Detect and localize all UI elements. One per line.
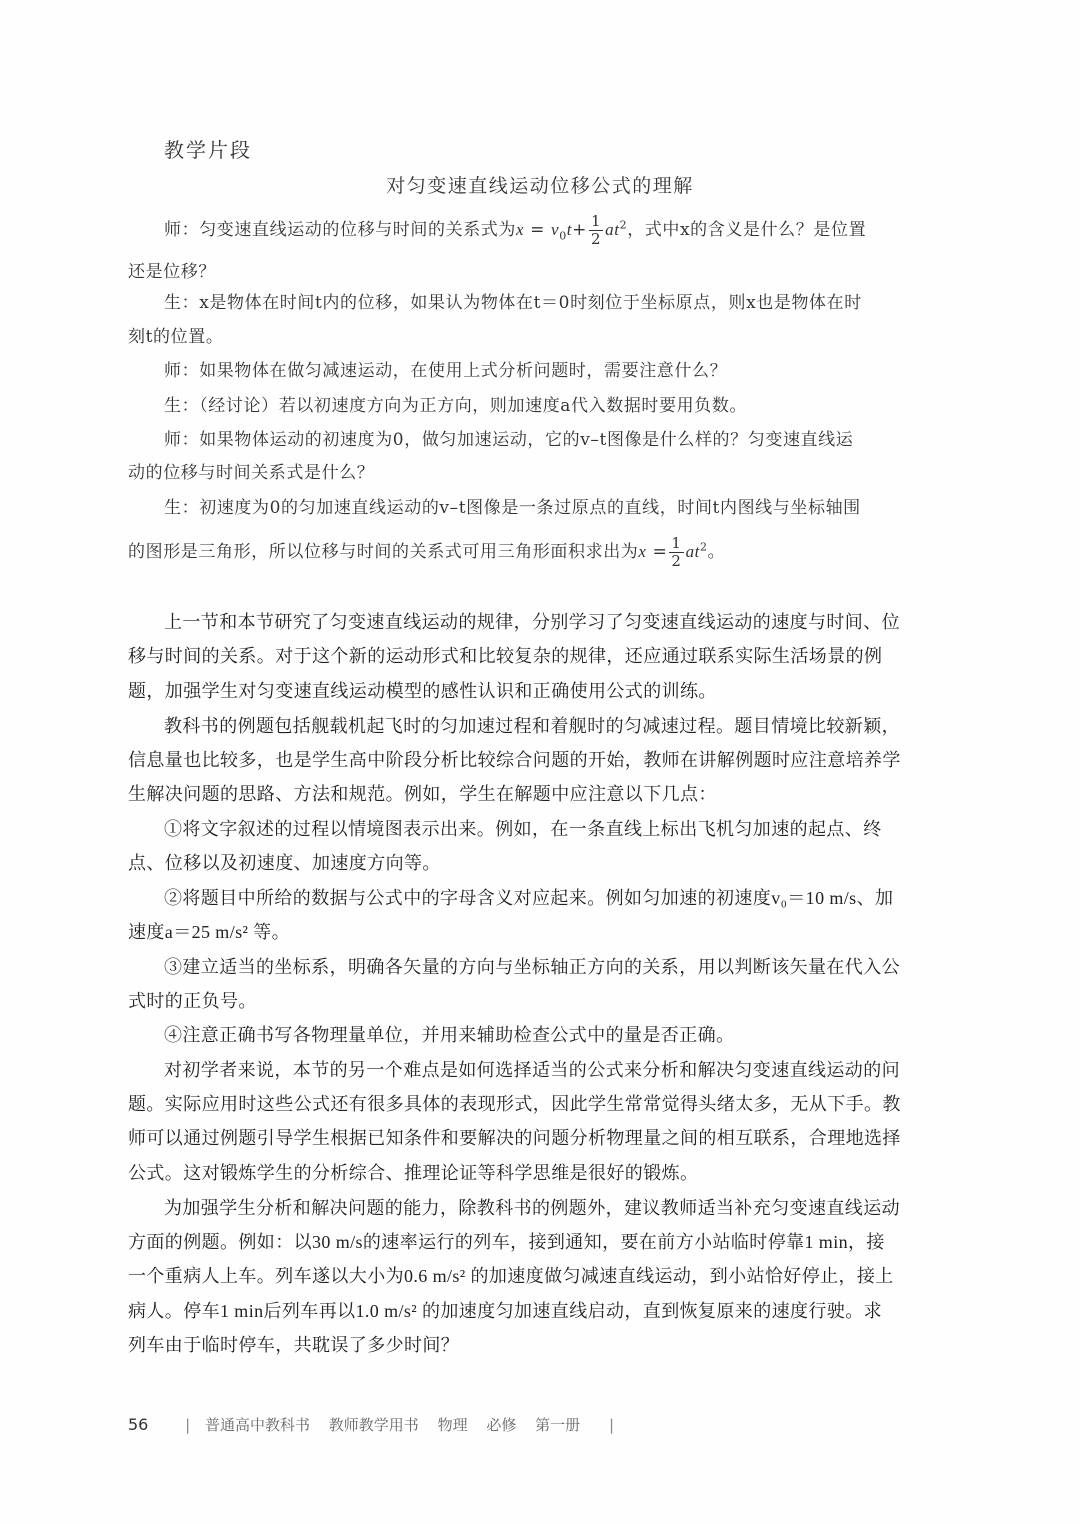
paragraph-line: 移与时间的关系。对于这个新的运动形式和比较复杂的规律，还应通过联系实际生活场景的… xyxy=(128,642,922,668)
dialogue-continuation: 刻t的位置。 xyxy=(128,322,922,347)
paragraph-line: 方面的例题。例如：以30 m/s的速率运行的列车，接到通知，要在前方小站临时停靠… xyxy=(128,1228,922,1254)
dialogue-line: 师：如果物体运动的初速度为0，做匀加速运动，它的v–t图像是什么样的？匀变速直线… xyxy=(164,425,922,450)
book-page: 教学片段 对匀变速直线运动位移公式的理解 师：匀变速直线运动的位移与时间的关系式… xyxy=(0,0,1080,1524)
paragraph-line: 对初学者来说，本节的另一个难点是如何选择适当的公式来分析和解决匀变速直线运动的问 xyxy=(164,1056,922,1082)
paragraph-line: 公式。这对锻炼学生的分析综合、推理论证等科学思维是很好的锻炼。 xyxy=(128,1159,922,1185)
speaker-label: 师： xyxy=(164,430,199,450)
paragraph-line: 师可以通过例题引导学生根据已知条件和要解决的问题分析物理量之间的相互联系，合理地… xyxy=(128,1124,922,1150)
dialogue-text: x是物体在时间t内的位移，如果认为物体在t＝0时刻位于坐标原点，则x也是物体在时 xyxy=(199,293,862,313)
formula-triangle-area: x =12at2 xyxy=(638,542,707,562)
footer-item: 教师教学用书 xyxy=(329,1416,419,1434)
dialogue-line: 生：x是物体在时间t内的位移，如果认为物体在t＝0时刻位于坐标原点，则x也是物体… xyxy=(164,288,922,313)
dialogue-text: 如果物体在做匀减速运动，在使用上式分析问题时，需要注意什么？ xyxy=(199,361,727,381)
paragraph-line: 式时的正负号。 xyxy=(128,987,922,1013)
paragraph-line: 病人。停车1 min后列车再以1.0 m/s² 的加速度匀加速直线启动，直到恢复… xyxy=(128,1297,922,1323)
speaker-label: 生： xyxy=(164,498,199,518)
list-point-3: ③建立适当的坐标系，明确各矢量的方向与坐标轴正方向的关系，用以判断该矢量在代入公 xyxy=(164,953,922,979)
page-footer: 56 | 普通高中教科书 教师教学用书 物理 必修 第一册 | xyxy=(128,1414,624,1435)
dialogue-line: 生：初速度为0的匀加速直线运动的v–t图像是一条过原点的直线，时间t内图线与坐标… xyxy=(164,493,922,518)
dialogue-text: 匀变速直线运动的位移与时间的关系式为 xyxy=(199,220,516,240)
paragraph-line: 点、位移以及初速度、加速度方向等。 xyxy=(128,849,922,875)
paragraph-line: 上一节和本节研究了匀变速直线运动的规律，分别学习了匀变速直线运动的速度与时间、位 xyxy=(164,608,922,634)
speaker-label: 生： xyxy=(164,293,199,313)
dialogue-continuation: 的图形是三角形，所以位移与时间的关系式可用三角形面积求出为 xyxy=(128,542,638,562)
speaker-label: 生： xyxy=(164,396,199,416)
dialogue-line: 师：匀变速直线运动的位移与时间的关系式为x = v0t+12at2，式中x的含义… xyxy=(164,214,922,247)
footer-item: 第一册 xyxy=(535,1416,580,1434)
footer-separator: | xyxy=(609,1416,614,1434)
page-number: 56 xyxy=(128,1415,148,1434)
dialogue-continuation: 动的位移与时间关系式是什么？ xyxy=(128,458,922,483)
paragraph-line: 一个重病人上车。列车遂以大小为0.6 m/s² 的加速度做匀减速直线运动，到小站… xyxy=(128,1262,922,1288)
list-point-4: ④注意正确书写各物理量单位，并用来辅助检查公式中的量是否正确。 xyxy=(164,1021,922,1047)
fraction-one-half: 12 xyxy=(669,536,683,569)
dialogue-text: 初速度为0的匀加速直线运动的v–t图像是一条过原点的直线，时间t内图线与坐标轴围 xyxy=(199,498,861,518)
speaker-label: 师： xyxy=(164,361,199,381)
paragraph-line: 为加强学生分析和解决问题的能力，除教科书的例题外，建议教师适当补充匀变速直线运动 xyxy=(164,1194,922,1220)
dialogue-text: （经讨论）若以初速度方向为正方向，则加速度a代入数据时要用负数。 xyxy=(199,396,747,416)
dialogue-text-after: 。 xyxy=(708,542,726,562)
section-title: 对匀变速直线运动位移公式的理解 xyxy=(0,171,1080,198)
paragraph-line: 题，加强学生对匀变速直线运动模型的感性认识和正确使用公式的训练。 xyxy=(128,677,922,703)
dialogue-text-after: ，式中x的含义是什么？是位置 xyxy=(627,220,866,240)
paragraph-line: 速度a＝25 m/s² 等。 xyxy=(128,918,922,944)
dialogue-text: 如果物体运动的初速度为0，做匀加速运动，它的v–t图像是什么样的？匀变速直线运 xyxy=(199,430,853,450)
list-point-2: ②将题目中所给的数据与公式中的字母含义对应起来。例如匀加速的初速度v₀＝10 m… xyxy=(164,884,922,910)
paragraph-line: 列车由于临时停车，共耽误了多少时间？ xyxy=(128,1331,922,1357)
paragraph-line: 信息量也比较多，也是学生高中阶段分析比较综合问题的开始，教师在讲解例题时应注意培… xyxy=(128,746,922,772)
dialogue-continuation: 还是位移？ xyxy=(128,257,922,282)
dialogue-line: 生：（经讨论）若以初速度方向为正方向，则加速度a代入数据时要用负数。 xyxy=(164,391,922,416)
dialogue-line-with-formula: 的图形是三角形，所以位移与时间的关系式可用三角形面积求出为x =12at2。 xyxy=(128,536,922,569)
footer-item: 普通高中教科书 xyxy=(205,1416,310,1434)
paragraph-line: 题。实际应用时这些公式还有很多具体的表现形式，因此学生常常觉得头绪太多，无从下手… xyxy=(128,1090,922,1116)
formula-displacement: x = v0t+12at2 xyxy=(516,220,627,240)
fraction-one-half: 12 xyxy=(589,214,603,247)
paragraph-line: 教科书的例题包括舰载机起飞时的匀加速过程和着舰时的匀减速过程。题目情境比较新颖， xyxy=(164,712,922,738)
paragraph-line: 生解决问题的思路、方法和规范。例如，学生在解题中应注意以下几点： xyxy=(128,780,922,806)
footer-separator: | xyxy=(185,1416,190,1434)
speaker-label: 师： xyxy=(164,220,199,240)
dialogue-line: 师：如果物体在做匀减速运动，在使用上式分析问题时，需要注意什么？ xyxy=(164,356,922,381)
list-point-1: ①将文字叙述的过程以情境图表示出来。例如，在一条直线上标出飞机匀加速的起点、终 xyxy=(164,815,922,841)
footer-item: 必修 xyxy=(486,1416,516,1434)
footer-item: 物理 xyxy=(438,1416,468,1434)
section-label: 教学片段 xyxy=(164,134,252,163)
